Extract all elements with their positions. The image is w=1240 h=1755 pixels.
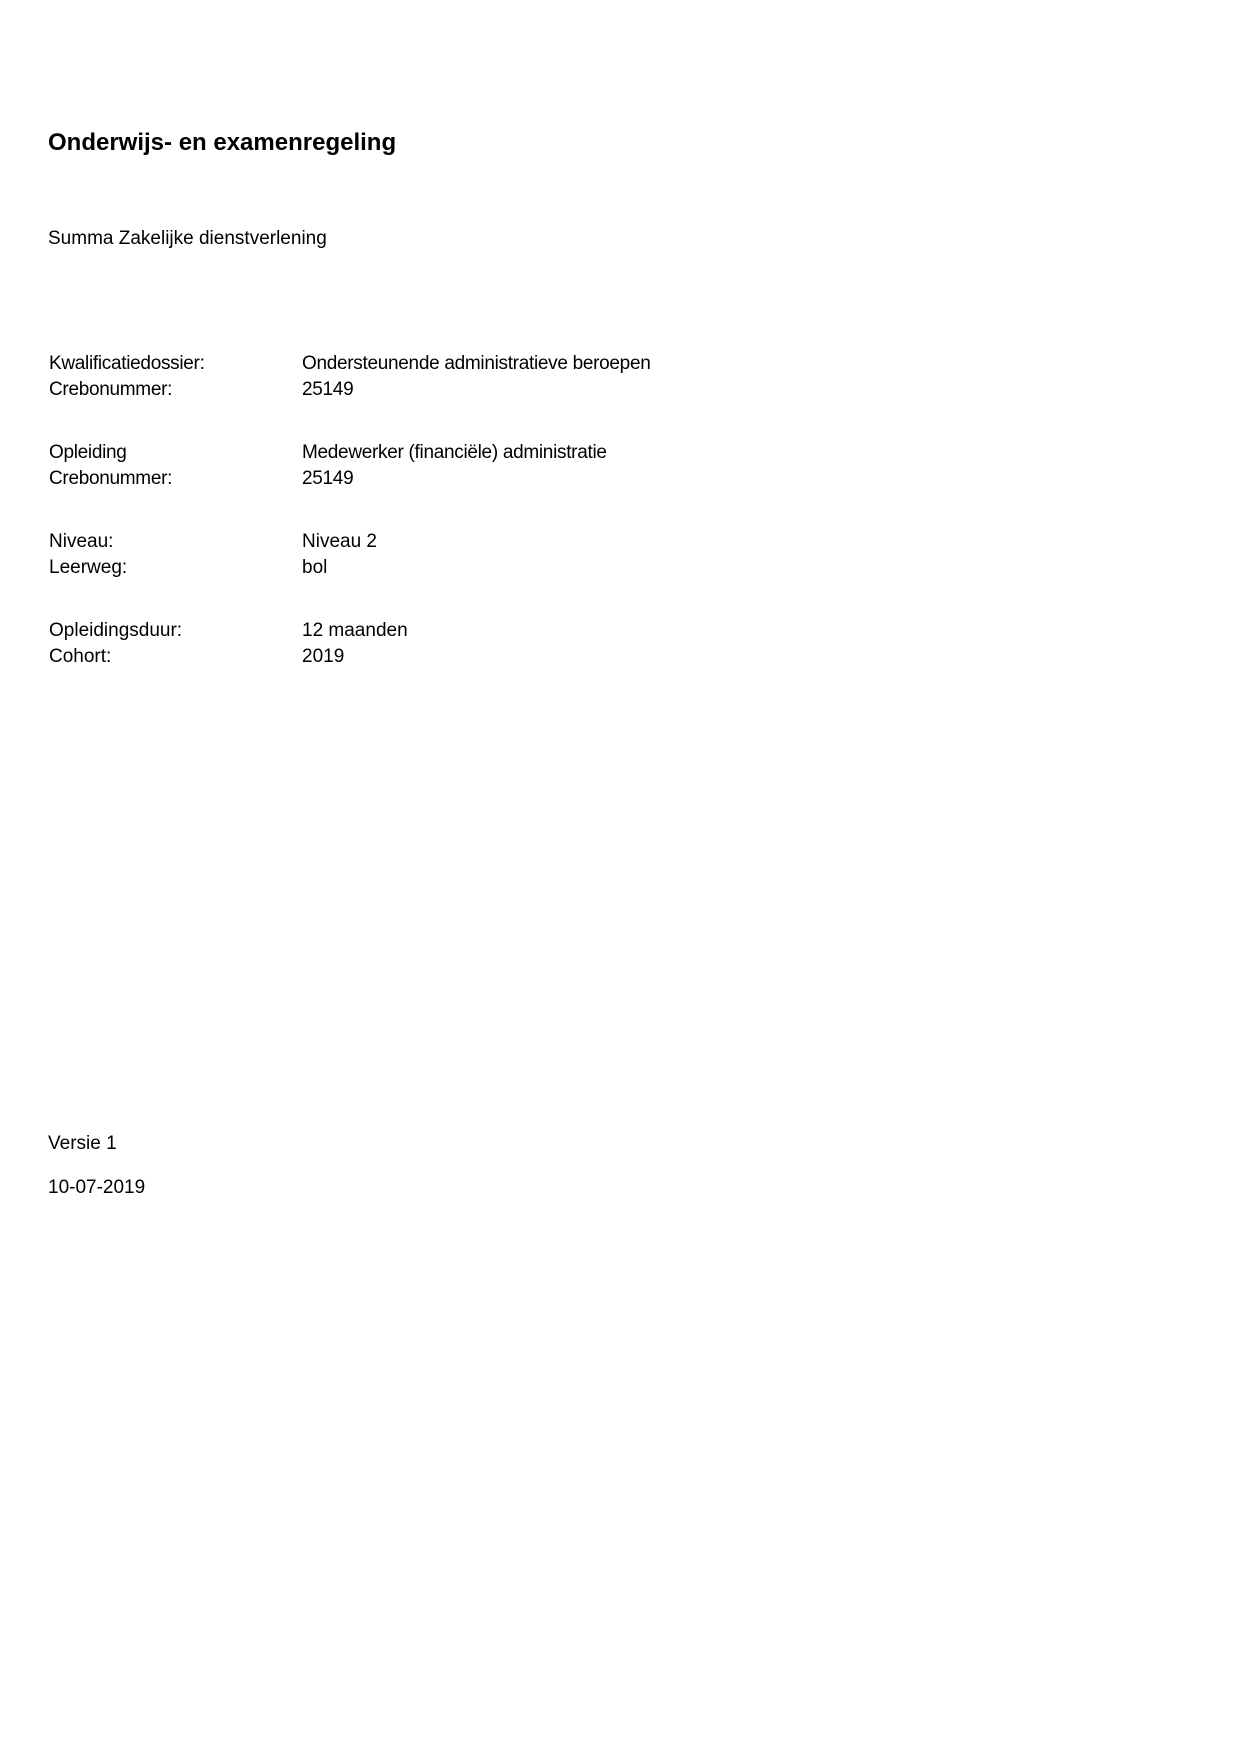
info-row-crebonummer: Crebonummer: 25149 [49,376,749,402]
info-row-opleiding: Opleiding Medewerker (financiële) admini… [49,439,749,465]
info-row-kwalificatiedossier: Kwalificatiedossier: Ondersteunende admi… [49,350,749,376]
info-value: bol [302,558,327,577]
info-group-opleiding: Opleiding Medewerker (financiële) admini… [49,439,749,491]
info-value: 25149 [302,380,353,399]
info-label: Niveau: [49,532,302,551]
info-label: Crebonummer: [49,380,302,399]
info-value: Niveau 2 [302,532,377,551]
info-label: Cohort: [49,647,302,666]
info-value: 12 maanden [302,621,408,640]
info-label: Opleidingsduur: [49,621,302,640]
info-label: Opleiding [49,443,302,462]
info-label: Kwalificatiedossier: [49,354,302,373]
version-label: Versie 1 [48,1134,117,1153]
info-row-crebonummer: Crebonummer: 25149 [49,465,749,491]
info-label: Crebonummer: [49,469,302,488]
info-row-cohort: Cohort: 2019 [49,643,749,669]
info-value: 2019 [302,647,344,666]
info-row-niveau: Niveau: Niveau 2 [49,528,749,554]
document-title: Onderwijs- en examenregeling [48,131,396,155]
info-group-niveau: Niveau: Niveau 2 Leerweg: bol [49,528,749,580]
info-value: Medewerker (financiële) administratie [302,443,607,462]
info-group-duur: Opleidingsduur: 12 maanden Cohort: 2019 [49,617,749,669]
document-date: 10-07-2019 [48,1178,145,1197]
info-row-leerweg: Leerweg: bol [49,554,749,580]
info-value: 25149 [302,469,353,488]
info-value: Ondersteunende administratieve beroepen [302,354,650,373]
institution-name: Summa Zakelijke dienstverlening [48,229,327,248]
info-row-opleidingsduur: Opleidingsduur: 12 maanden [49,617,749,643]
info-group-qualification: Kwalificatiedossier: Ondersteunende admi… [49,350,749,402]
info-label: Leerweg: [49,558,302,577]
